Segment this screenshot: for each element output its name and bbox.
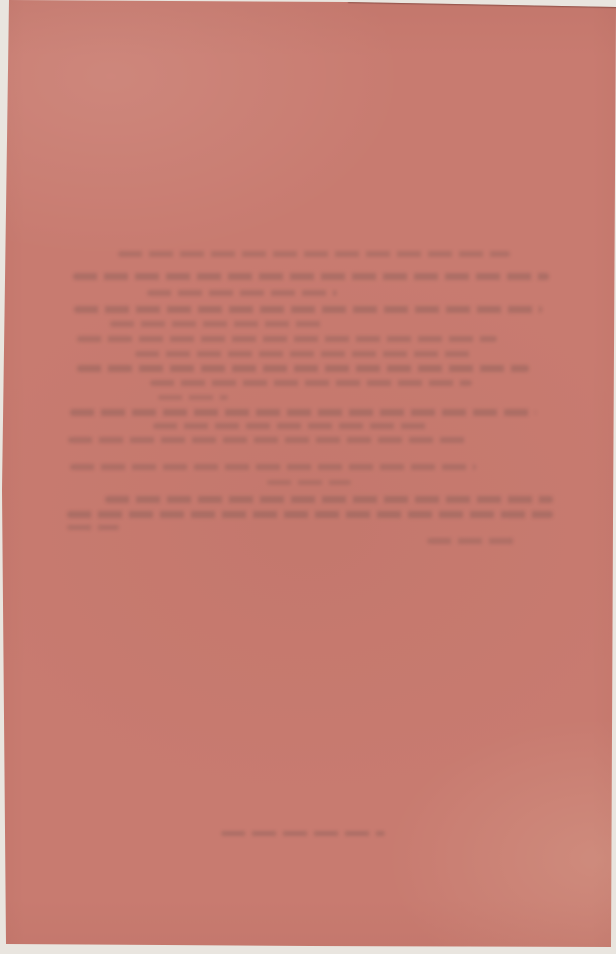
ghost-text-line xyxy=(77,365,529,372)
ghost-text-line xyxy=(77,336,497,342)
ghost-text-line xyxy=(135,351,475,357)
ghost-text-line xyxy=(147,290,337,296)
ghost-text-line xyxy=(267,480,351,485)
ghost-text-line xyxy=(68,437,470,443)
ghost-text-line xyxy=(74,306,542,313)
ghost-text-line xyxy=(153,423,427,429)
ghost-text-line xyxy=(70,464,476,470)
ghost-text-line xyxy=(70,409,536,416)
ghost-text-layer xyxy=(0,0,616,954)
ghost-text-line xyxy=(150,380,472,386)
signature-ghost-line xyxy=(427,538,514,544)
ghost-text-line xyxy=(67,525,119,530)
ghost-text-line xyxy=(158,395,228,400)
scan-background xyxy=(0,0,616,954)
ghost-text-line xyxy=(73,273,549,280)
ghost-text-line xyxy=(67,511,553,518)
printer-imprint-line xyxy=(221,831,385,836)
ghost-text-line xyxy=(118,251,510,257)
ghost-text-line xyxy=(105,496,553,503)
ghost-text-line xyxy=(110,321,326,327)
paper-page xyxy=(0,0,616,954)
